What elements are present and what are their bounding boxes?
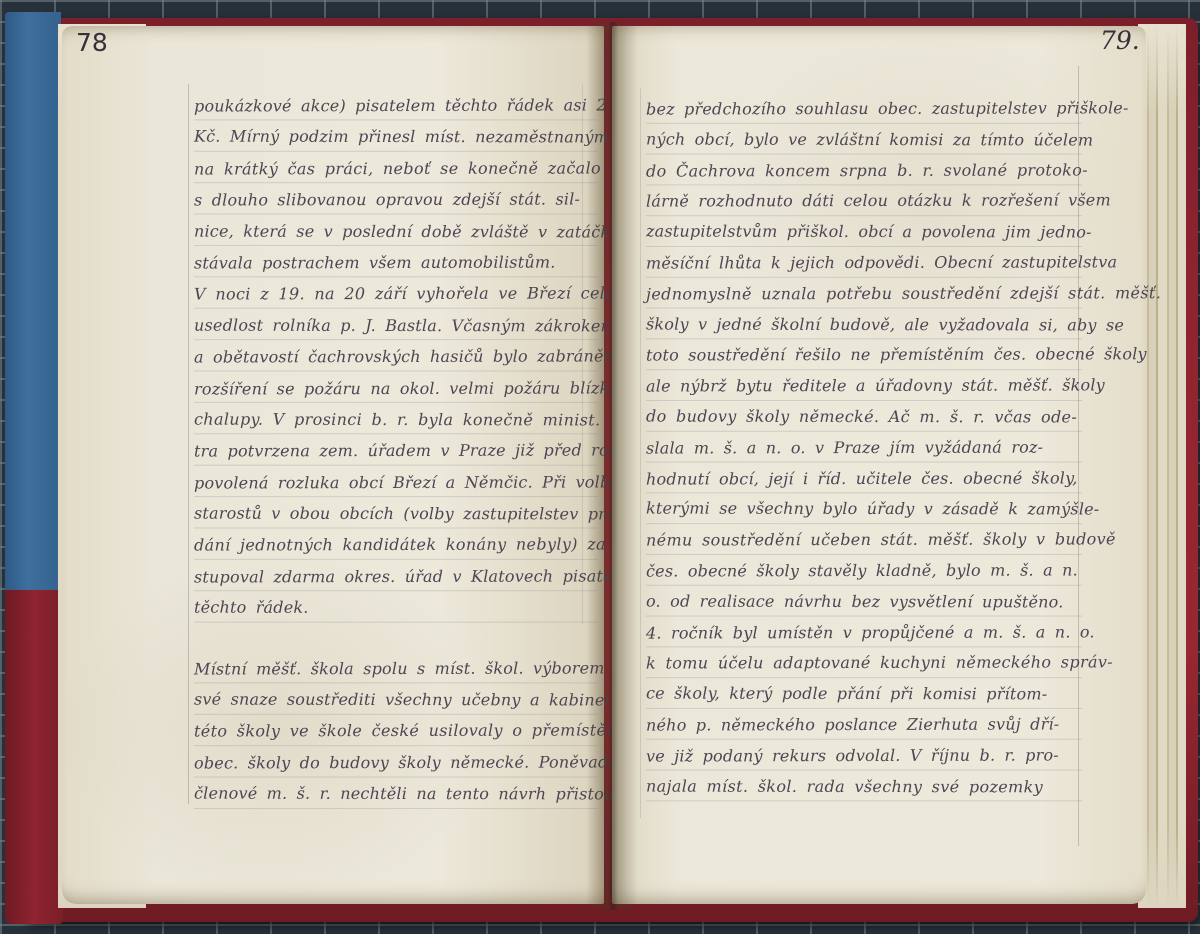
handwritten-line: stupoval zdarma okres. úřad v Klatovech … xyxy=(194,560,598,592)
handwritten-line: ve již podaný rekurs odvolal. V říjnu b.… xyxy=(646,740,1082,772)
handwritten-line: těchto řádek. xyxy=(194,592,598,624)
handwritten-line: a obětavostí čachrovských hasičů bylo za… xyxy=(194,341,598,373)
handwritten-line: členové m. š. r. nechtěli na tento návrh… xyxy=(194,778,598,810)
paragraph: Místní měšť. škola spolu s míst. škol. v… xyxy=(194,653,598,810)
handwritten-line: V noci z 19. na 20 září vyhořela ve Břez… xyxy=(194,278,598,310)
handwritten-line: jednomyslně uznala potřebu soustředění z… xyxy=(646,278,1082,310)
handwritten-line: rozšíření se požáru na okol. velmi požár… xyxy=(194,372,598,404)
handwritten-line: ale nýbrž bytu ředitele a úřadovny stát.… xyxy=(646,371,1082,403)
handwritten-line: dání jednotných kandidátek konány nebyly… xyxy=(194,529,598,561)
handwritten-line: obec. školy do budovy školy německé. Pon… xyxy=(194,746,598,778)
handwritten-line: tra potvrzena zem. úřadem v Praze již př… xyxy=(194,435,598,467)
handwritten-line: zastupitelstvům přiškol. obcí a povolena… xyxy=(646,217,1082,249)
margin-rule xyxy=(640,88,641,818)
handwritten-line: ného p. německého poslance Zierhuta svůj… xyxy=(646,709,1082,741)
left-page-text: poukázkové akce) pisatelem těchto řádek … xyxy=(194,90,598,810)
handwritten-line: usedlost rolníka p. J. Bastla. Včasným z… xyxy=(194,309,598,341)
handwritten-line: 4. ročník byl umístěn v propůjčené a m. … xyxy=(646,617,1082,649)
right-page-text: bez předchozího souhlasu obec. zastupite… xyxy=(646,94,1082,802)
handwritten-line: starostů v obou obcích (volby zastupitel… xyxy=(194,498,598,530)
book-cover-left-red-edge xyxy=(5,590,63,924)
right-page-number: 79. xyxy=(1100,26,1140,55)
left-page-number: 78 xyxy=(76,28,108,57)
handwritten-line: poukázkové akce) pisatelem těchto řádek … xyxy=(194,89,598,121)
handwritten-line: hodnutí obcí, její i říd. učitele čes. o… xyxy=(646,463,1082,495)
handwritten-line: Místní měšť. škola spolu s míst. škol. v… xyxy=(194,652,598,684)
margin-rule xyxy=(188,84,189,804)
handwritten-line: nému soustředění učeben stát. měšť. škol… xyxy=(646,525,1082,557)
handwritten-line: najala míst. škol. rada všechny své poze… xyxy=(646,771,1082,803)
handwritten-line: měsíční lhůta k jejich odpovědi. Obecní … xyxy=(646,247,1082,279)
handwritten-line: do Čachrova koncem srpna b. r. svolané p… xyxy=(646,155,1082,187)
handwritten-line: do budovy školy německé. Ač m. š. r. vča… xyxy=(646,402,1082,434)
left-page: 78 poukázkové akce) pisatelem těchto řád… xyxy=(62,26,604,904)
handwritten-line: Kč. Mírný podzim přinesl míst. nezaměstn… xyxy=(194,121,598,153)
handwritten-line: s dlouho slibovanou opravou zdejší stát.… xyxy=(194,184,598,216)
handwritten-line: své snaze soustřediti všechny učebny a k… xyxy=(194,684,598,716)
handwritten-line: bez předchozího souhlasu obec. zastupite… xyxy=(646,93,1082,125)
handwritten-line: kterými se všechny bylo úřady v zásadě k… xyxy=(646,494,1082,526)
book-cover-blue-edge xyxy=(5,12,61,594)
handwritten-line: na krátký čas práci, neboť se konečně za… xyxy=(194,152,598,184)
handwritten-line: povolená rozluka obcí Březí a Němčic. Př… xyxy=(194,466,598,498)
handwritten-line: toto soustředění řešilo ne přemístěním č… xyxy=(646,340,1082,372)
handwritten-line: chalupy. V prosinci b. r. byla konečně m… xyxy=(194,403,598,435)
right-page: 79. bez předchozího souhlasu obec. zastu… xyxy=(612,26,1146,904)
paragraph: bez předchozího souhlasu obec. zastupite… xyxy=(646,94,1082,802)
handwritten-line: nice, která se v poslední době zvláště v… xyxy=(194,215,598,247)
handwritten-line: této školy ve škole české usilovaly o př… xyxy=(194,715,598,747)
handwritten-line: čes. obecné školy stavěly kladně, bylo m… xyxy=(646,555,1082,587)
handwritten-line: o. od realisace návrhu bez vysvětlení up… xyxy=(646,586,1082,618)
handwritten-line: stávala postrachem všem automobilistům. xyxy=(194,246,598,278)
paragraph: poukázkové akce) pisatelem těchto řádek … xyxy=(194,90,598,624)
handwritten-line: k tomu účelu adaptované kuchyni německéh… xyxy=(646,648,1082,680)
handwritten-line: lárně rozhodnuto dáti celou otázku k roz… xyxy=(646,186,1082,218)
handwritten-line: školy v jedné školní budově, ale vyžadov… xyxy=(646,309,1082,341)
handwritten-line: ce školy, který podle přání při komisi p… xyxy=(646,679,1082,711)
handwritten-line: slala m. š. a n. o. v Praze jím vyžádaná… xyxy=(646,432,1082,464)
handwritten-line: ných obcí, bylo ve zvláštní komisi za tí… xyxy=(646,124,1082,156)
